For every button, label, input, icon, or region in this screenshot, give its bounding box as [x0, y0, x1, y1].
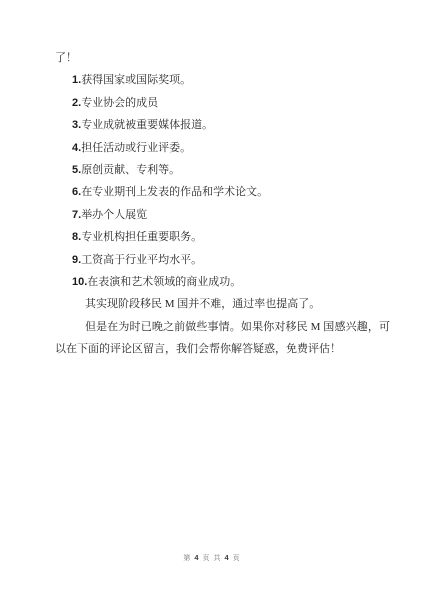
list-item-text: 专业成就被重要媒体报道。	[81, 119, 213, 131]
list-item-text: 在专业期刊上发表的作品和学术论文。	[81, 186, 268, 198]
list-item-text: 专业机构担任重要职务。	[81, 231, 202, 243]
list-item-number: 4.	[72, 142, 81, 154]
list-item-number: 5.	[72, 164, 81, 176]
list-item-text: 获得国家或国际奖项。	[81, 74, 191, 86]
page-footer: 第4页共4页	[0, 553, 424, 563]
list-item: 3.专业成就被重要媒体报道。	[72, 114, 390, 136]
list-item-text: 在表演和艺术领域的商业成功。	[87, 276, 241, 288]
footer-label-gong: 共	[214, 554, 222, 562]
list-item: 5.原创贡献、专利等。	[72, 159, 390, 181]
paragraph: 其实现阶段移民 M 国并不难，通过率也提高了。	[55, 293, 390, 315]
list-item-text: 工资高于行业平均水平。	[81, 254, 202, 266]
list-item: 1.获得国家或国际奖项。	[72, 69, 390, 91]
paragraph-continuation: 了！	[55, 47, 390, 69]
list-item-text: 举办个人展览	[81, 209, 147, 221]
list-item: 4.担任活动或行业评委。	[72, 137, 390, 159]
document-page: 了！ 1.获得国家或国际奖项。 2.专业协会的成员 3.专业成就被重要媒体报道。…	[0, 0, 424, 600]
document-body: 了！ 1.获得国家或国际奖项。 2.专业协会的成员 3.专业成就被重要媒体报道。…	[55, 47, 390, 361]
footer-label-ye: 页	[203, 554, 211, 562]
list-item: 7.举办个人展览	[72, 204, 390, 226]
list-item: 9.工资高于行业平均水平。	[72, 249, 390, 271]
list-item-text: 担任活动或行业评委。	[81, 142, 191, 154]
list-item-number: 10.	[72, 276, 87, 288]
list-item-text: 专业协会的成员	[81, 97, 158, 109]
list-item-number: 6.	[72, 186, 81, 198]
footer-page-number: 4	[194, 553, 199, 562]
list-item: 10.在表演和艺术领域的商业成功。	[72, 271, 390, 293]
list-item-number: 2.	[72, 97, 81, 109]
paragraph: 但是在为时已晚之前做些事情。如果你对移民 M 国感兴趣，可以在下面的评论区留言，…	[55, 316, 390, 361]
list-item-number: 9.	[72, 254, 81, 266]
footer-total-pages: 4	[225, 553, 230, 562]
list-item: 8.专业机构担任重要职务。	[72, 226, 390, 248]
list-item-number: 7.	[72, 209, 81, 221]
list-item-number: 3.	[72, 119, 81, 131]
list-item-number: 1.	[72, 74, 81, 86]
footer-label-ye: 页	[233, 554, 241, 562]
list-item: 2.专业协会的成员	[72, 92, 390, 114]
list-item: 6.在专业期刊上发表的作品和学术论文。	[72, 181, 390, 203]
list-item-number: 8.	[72, 231, 81, 243]
footer-label-di: 第	[183, 554, 191, 562]
list-item-text: 原创贡献、专利等。	[81, 164, 180, 176]
